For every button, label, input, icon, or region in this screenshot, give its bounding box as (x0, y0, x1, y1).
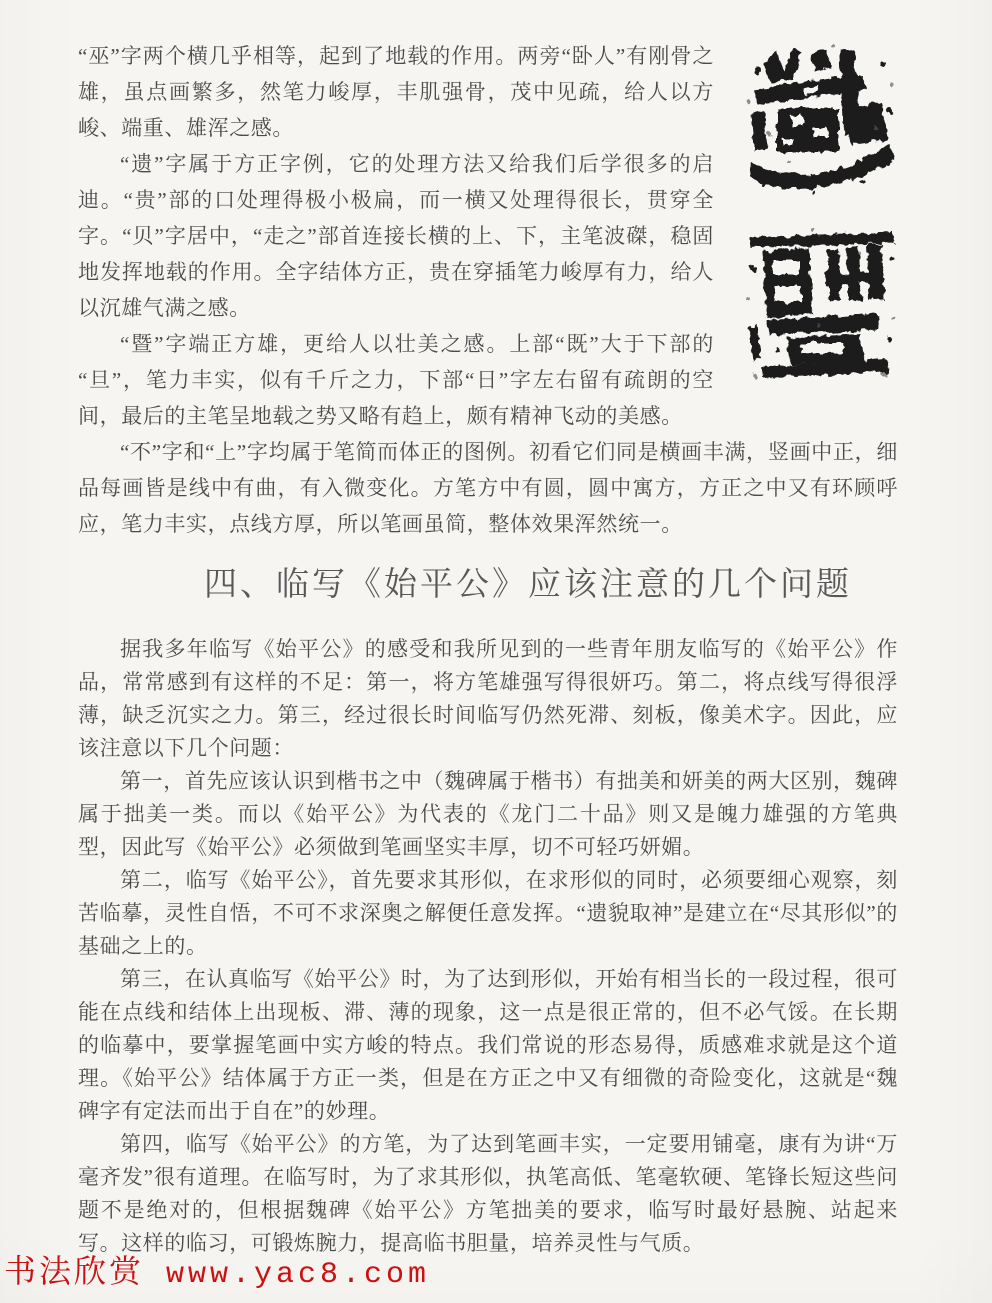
section-paragraph-3: 第二，临写《始平公》，首先要求其形似，在求形似的同时，必须要细心观察，刻苦临摹，… (78, 864, 898, 963)
scanned-book-page: “巫”字两个横几乎相等，起到了地载的作用。两旁“卧人”有刚骨之雄，虽点画繁多，然… (0, 0, 992, 1303)
rubbing-images-column (728, 44, 898, 380)
watermark: 书法欣赏 www.yac8.com (4, 1251, 430, 1295)
section-body: 据我多年临写《始平公》的感受和我所见到的一些青年朋友临写的《始平公》作品，常常感… (78, 633, 898, 1260)
section-heading: 四、临写《始平公》应该注意的几个问题 (78, 558, 898, 605)
intro-paragraph-4: “不”字和“上”字均属于笔简而体正的图例。初看它们同是横画丰满，竖画中正，细品每… (78, 434, 898, 542)
watermark-site-url: www.yac8.com (166, 1258, 430, 1292)
rubbing-image-ji (743, 228, 898, 380)
section-paragraph-4: 第三，在认真临写《始平公》时，为了达到形似，开始有相当长的一段过程，很可能在点线… (78, 963, 898, 1128)
section-paragraph-5: 第四，临写《始平公》的方笔，为了达到笔画丰实，一定要用铺毫，康有为讲“万毫齐发”… (78, 1128, 898, 1260)
watermark-site-name: 书法欣赏 (4, 1253, 144, 1289)
section-paragraph-2: 第一，首先应该认识到楷书之中（魏碑属于楷书）有拙美和妍美的两大区别，魏碑属于拙美… (78, 765, 898, 864)
page-content: “巫”字两个横几乎相等，起到了地载的作用。两旁“卧人”有刚骨之雄，虽点画繁多，然… (0, 0, 992, 1260)
rubbing-image-yi (743, 44, 898, 196)
section-paragraph-1: 据我多年临写《始平公》的感受和我所见到的一些青年朋友临写的《始平公》作品，常常感… (78, 633, 898, 765)
